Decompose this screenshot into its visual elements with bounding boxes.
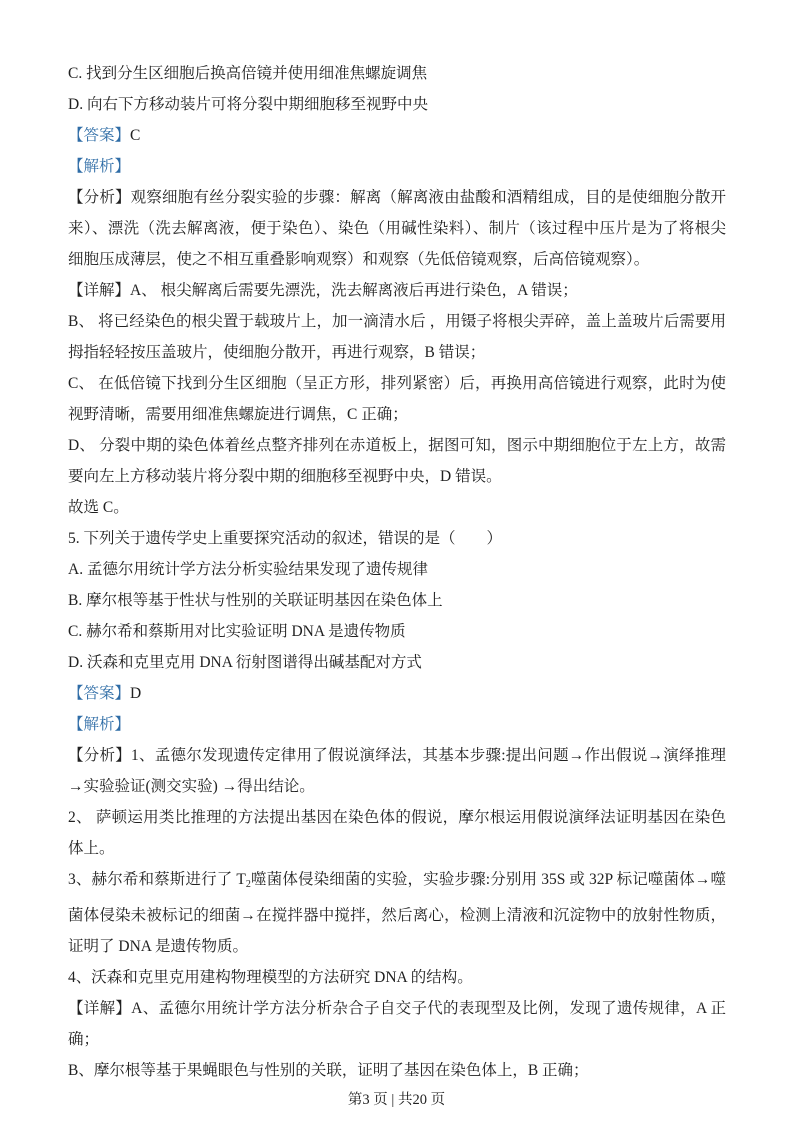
q5-option-c: C. 赫尔希和蔡斯用对比实验证明 DNA 是遗传物质 (68, 616, 726, 647)
q4-answer: 【答案】C (68, 120, 726, 151)
q4-analysis: 【分析】观察细胞有丝分裂实验的步骤：解离（解离液由盐酸和酒精组成，目的是使细胞分… (68, 182, 726, 275)
q5-answer: 【答案】D (68, 678, 726, 709)
q4-detail-d: D、 分裂中期的染色体着丝点整齐排列在赤道板上，据图可知，图示中期细胞位于左上方… (68, 430, 726, 492)
q5-analysis-label: 【解析】 (68, 709, 726, 740)
text-run: B. 摩尔根等基于性状与性别的关联证明基因在染色体上 (68, 592, 443, 609)
q5-option-a: A. 孟德尔用统计学方法分析实验结果发现了遗传规律 (68, 554, 726, 585)
text-run: D. 沃森和克里克用 DNA 衍射图谱得出碱基配对方式 (68, 654, 422, 671)
text-run: 【详解】A、孟德尔用统计学方法分析杂合子自交子代的表现型及比例，发现了遗传规律，… (68, 1000, 726, 1048)
q5-detail-b: B、摩尔根等基于果蝇眼色与性别的关联，证明了基因在染色体上，B 正确； (68, 1055, 726, 1086)
q5-stem: 5. 下列关于遗传学史上重要探究活动的叙述，错误的是（ ） (68, 523, 726, 554)
text-run: 4、沃森和克里克用建构物理模型的方法研究 DNA 的结构。 (68, 969, 473, 986)
q5-analysis-3: 3、赫尔希和蔡斯进行了 T2噬菌体侵染细菌的实验，实验步骤:分别用 35S 或 … (68, 864, 726, 962)
text-run: A. 孟德尔用统计学方法分析实验结果发现了遗传规律 (68, 561, 428, 578)
q5-analysis-4: 4、沃森和克里克用建构物理模型的方法研究 DNA 的结构。 (68, 962, 726, 993)
text-run: D、 分裂中期的染色体着丝点整齐排列在赤道板上，据图可知，图示中期细胞位于左上方… (68, 437, 726, 485)
q4-detail-c: C、 在低倍镜下找到分生区细胞（呈正方形，排列紧密）后，再换用高倍镜进行观察，此… (68, 368, 726, 430)
bracket-label: 【答案】 (68, 127, 130, 144)
bracket-label: 【解析】 (68, 716, 130, 733)
text-run: B、 将已经染色的根尖置于载玻片上，加一滴清水后 ，用镊子将根尖弄碎，盖上盖玻片… (68, 313, 726, 361)
page-footer: 第3 页 | 共20 页 (0, 1088, 793, 1109)
q4-analysis-label: 【解析】 (68, 151, 726, 182)
text-run: C、 在低倍镜下找到分生区细胞（呈正方形，排列紧密）后，再换用高倍镜进行观察，此… (68, 375, 726, 423)
text-run: 【分析】1、孟德尔发现遗传定律用了假说演绎法，其基本步骤:提出问题→作出假说→演… (68, 747, 726, 795)
q4-detail-b: B、 将已经染色的根尖置于载玻片上，加一滴清水后 ，用镊子将根尖弄碎，盖上盖玻片… (68, 306, 726, 368)
text-run: C. 找到分生区细胞后换高倍镜并使用细准焦螺旋调焦 (68, 65, 427, 82)
text-run: C. 赫尔希和蔡斯用对比实验证明 DNA 是遗传物质 (68, 623, 406, 640)
q5-option-d: D. 沃森和克里克用 DNA 衍射图谱得出碱基配对方式 (68, 647, 726, 678)
q5-detail-a: 【详解】A、孟德尔用统计学方法分析杂合子自交子代的表现型及比例，发现了遗传规律，… (68, 993, 726, 1055)
q5-option-b: B. 摩尔根等基于性状与性别的关联证明基因在染色体上 (68, 585, 726, 616)
text-run: 【分析】观察细胞有丝分裂实验的步骤：解离（解离液由盐酸和酒精组成，目的是使细胞分… (68, 189, 726, 268)
q4-detail-a: 【详解】A、 根尖解离后需要先漂洗，洗去解离液后再进行染色，A 错误； (68, 275, 726, 306)
text-run: D (130, 685, 141, 702)
q4-option-d: D. 向右下方移动装片可将分裂中期细胞移至视野中央 (68, 89, 726, 120)
text-run: 【详解】A、 根尖解离后需要先漂洗，洗去解离液后再进行染色，A 错误； (68, 282, 578, 299)
bracket-label: 【答案】 (68, 685, 130, 702)
text-run: D. 向右下方移动装片可将分裂中期细胞移至视野中央 (68, 96, 428, 113)
document-content: C. 找到分生区细胞后换高倍镜并使用细准焦螺旋调焦D. 向右下方移动装片可将分裂… (68, 58, 726, 1086)
q4-option-c: C. 找到分生区细胞后换高倍镜并使用细准焦螺旋调焦 (68, 58, 726, 89)
text-run: C (130, 127, 140, 144)
q5-analysis-1: 【分析】1、孟德尔发现遗传定律用了假说演绎法，其基本步骤:提出问题→作出假说→演… (68, 740, 726, 802)
text-run: 3、赫尔希和蔡斯进行了 T (68, 871, 246, 888)
text-run: 5. 下列关于遗传学史上重要探究活动的叙述，错误的是（ ） (68, 530, 502, 547)
page-number-text: 第3 页 | 共20 页 (348, 1092, 445, 1108)
q5-analysis-2: 2、 萨顿运用类比推理的方法提出基因在染色体的假说，摩尔根运用假说演绎法证明基因… (68, 802, 726, 864)
text-run: B、摩尔根等基于果蝇眼色与性别的关联，证明了基因在染色体上，B 正确； (68, 1062, 589, 1079)
bracket-label: 【解析】 (68, 158, 130, 175)
text-run: 故选 C。 (68, 499, 129, 516)
q4-conclusion: 故选 C。 (68, 492, 726, 523)
document-page: C. 找到分生区细胞后换高倍镜并使用细准焦螺旋调焦D. 向右下方移动装片可将分裂… (0, 0, 793, 1122)
text-run: 2、 萨顿运用类比推理的方法提出基因在染色体的假说，摩尔根运用假说演绎法证明基因… (68, 809, 726, 857)
